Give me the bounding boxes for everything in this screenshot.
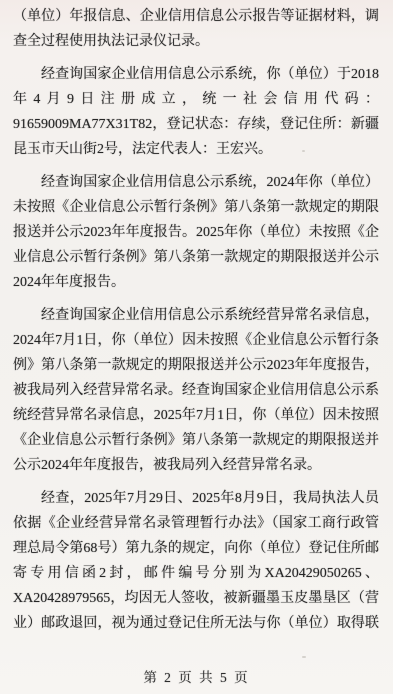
page-number-footer: 第 2 页 共 5 页 <box>0 666 393 686</box>
document-line: 例》第八条第一款规定的期限报送并公示2023年年度报告， <box>13 353 379 378</box>
document-line: 公示2024年年度报告，被我局列入经营异常名录。 <box>13 453 379 478</box>
document-line: 查全过程使用执法记录仪记录。 <box>13 29 379 54</box>
document-line: 统经营异常名录信息，2025年7月1日，你（单位）因未按照 <box>13 403 379 428</box>
document-line: 经查询国家企业信用信息公示系统，你（单位）于2018 <box>13 62 379 87</box>
document-line: 寄专用信函2封，邮件编号分别为XA20429050265、 <box>13 561 379 586</box>
document-line: 业）邮政退回，视为通过登记住所无法与你（单位）取得联 <box>13 611 379 636</box>
document-line: 2024年年度报告。 <box>13 270 379 295</box>
document-line: 经查询国家企业信用信息公示系统，2024年你（单位） <box>13 170 379 195</box>
document-line: 《企业信息公示暂行条例》第八条第一款规定的期限报送并 <box>13 428 379 453</box>
document-line: 依据《企业经营异常名录管理暂行办法》（国家工商行政管 <box>13 511 379 536</box>
document-line: （单位）年报信息、企业信用信息公示报告等证据材料，调 <box>13 4 379 29</box>
document-line: 2024年7月1日，你（单位）因未按照《企业信息公示暂行条 <box>13 328 379 353</box>
document-line: 91659009MA77X31T82，登记状态：存续，登记住所：新疆 <box>13 112 379 137</box>
document-line: 经查询国家企业信用信息公示系统经营异常名录信息， <box>13 303 379 328</box>
document-line: 报送并公示2023年年度报告。2025年你（单位）未按照《企 <box>13 220 379 245</box>
document-line: 未按照《企业信息公示暂行条例》第八条第一款规定的期限 <box>13 195 379 220</box>
scanned-document-page: （单位）年报信息、企业信用信息公示报告等证据材料，调查全过程使用执法记录仪记录。… <box>0 0 393 694</box>
scan-speck <box>302 150 305 152</box>
document-line: 经查，2025年7月29日、2025年8月9日，我局执法人员 <box>13 486 379 511</box>
document-line: 业信息公示暂行条例》第八条第一款规定的期限报送并公示 <box>13 245 379 270</box>
document-body: （单位）年报信息、企业信用信息公示报告等证据材料，调查全过程使用执法记录仪记录。… <box>13 4 379 636</box>
scan-speck <box>302 656 306 658</box>
document-line: 年4月9日注册成立，统一社会信用代码： <box>13 87 379 112</box>
document-line: 理总局令第68号）第九条的规定，向你（单位）登记住所邮 <box>13 536 379 561</box>
document-line: 昆玉市天山街2号，法定代表人：王宏兴。 <box>13 137 379 162</box>
document-line: XA20428979565，均因无人签收，被新疆墨玉皮墨垦区（营 <box>13 586 379 611</box>
document-line: 被我局列入经营异常名录。经查询国家企业信用信息公示系 <box>13 378 379 403</box>
